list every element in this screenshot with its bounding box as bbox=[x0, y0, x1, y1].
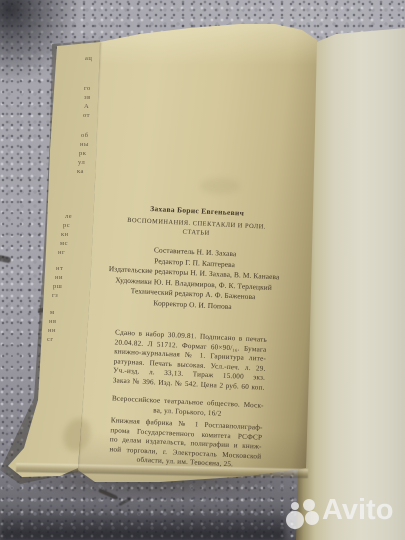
page-edge-fragment: кн bbox=[61, 231, 69, 238]
avito-wordmark: Avito bbox=[322, 494, 393, 527]
avito-watermark: Avito bbox=[283, 494, 405, 536]
page-edge-fragment: нв bbox=[49, 318, 57, 325]
book-title: ВОСПОМИНАНИЯ. СПЕКТАКЛИ И РОЛИ. СТАТЬИ bbox=[108, 215, 284, 242]
page-edge-fragment: об bbox=[81, 132, 89, 139]
page-edge-fragment: рш bbox=[53, 283, 62, 290]
page-edge-fragment: го bbox=[84, 85, 91, 92]
page-edge-fragment: ка bbox=[77, 168, 84, 175]
page-stain bbox=[200, 178, 240, 194]
page-edge-fragment: мс bbox=[60, 240, 68, 247]
page-edge-fragment: ац bbox=[85, 55, 92, 62]
printer-block: Книжная фабрика № 1 Росглавполиграф- про… bbox=[109, 416, 263, 471]
avito-logo-circle bbox=[286, 511, 304, 529]
avito-logo-circle bbox=[305, 511, 319, 525]
page-edge-fragment: ны bbox=[80, 141, 89, 148]
page-edge-fragment: гз bbox=[52, 292, 58, 299]
avito-logo-circle bbox=[303, 499, 315, 511]
page-edge-fragment: рк bbox=[79, 150, 86, 157]
page-edge-fragment: рс bbox=[63, 222, 70, 229]
page-edge-fragment: от bbox=[83, 112, 90, 119]
avito-logo-circle bbox=[291, 502, 299, 510]
page-edge-fragment: ле bbox=[65, 213, 72, 220]
colophon-text: Захава Борис Евгеньевич ВОСПОМИНАНИЯ. СП… bbox=[97, 202, 285, 472]
page-edge-fragment: ул bbox=[78, 159, 85, 166]
page-edge-fragment: нг bbox=[58, 249, 65, 256]
page-edge-fragment: ни bbox=[55, 274, 63, 281]
book-photo: ац го зв А от об ны рк ул ка ле рс кн мс… bbox=[0, 0, 405, 540]
photo-bottom-shadow bbox=[0, 508, 285, 540]
page-edge-fragment: сг bbox=[47, 336, 54, 343]
page-edge-fragment: нт bbox=[56, 265, 63, 272]
imprint-block: Сдано в набор 30.09.81. Подписано в печа… bbox=[113, 328, 268, 392]
page-edge-fragment: А bbox=[84, 103, 89, 110]
credits-block: Составитель Н. И. Захава Редактор Г. П. … bbox=[105, 243, 283, 314]
page-edge-fragment: м bbox=[50, 309, 55, 316]
page-edge-fragment: нн bbox=[48, 327, 56, 334]
page-edge-fragment: зв bbox=[84, 94, 91, 101]
